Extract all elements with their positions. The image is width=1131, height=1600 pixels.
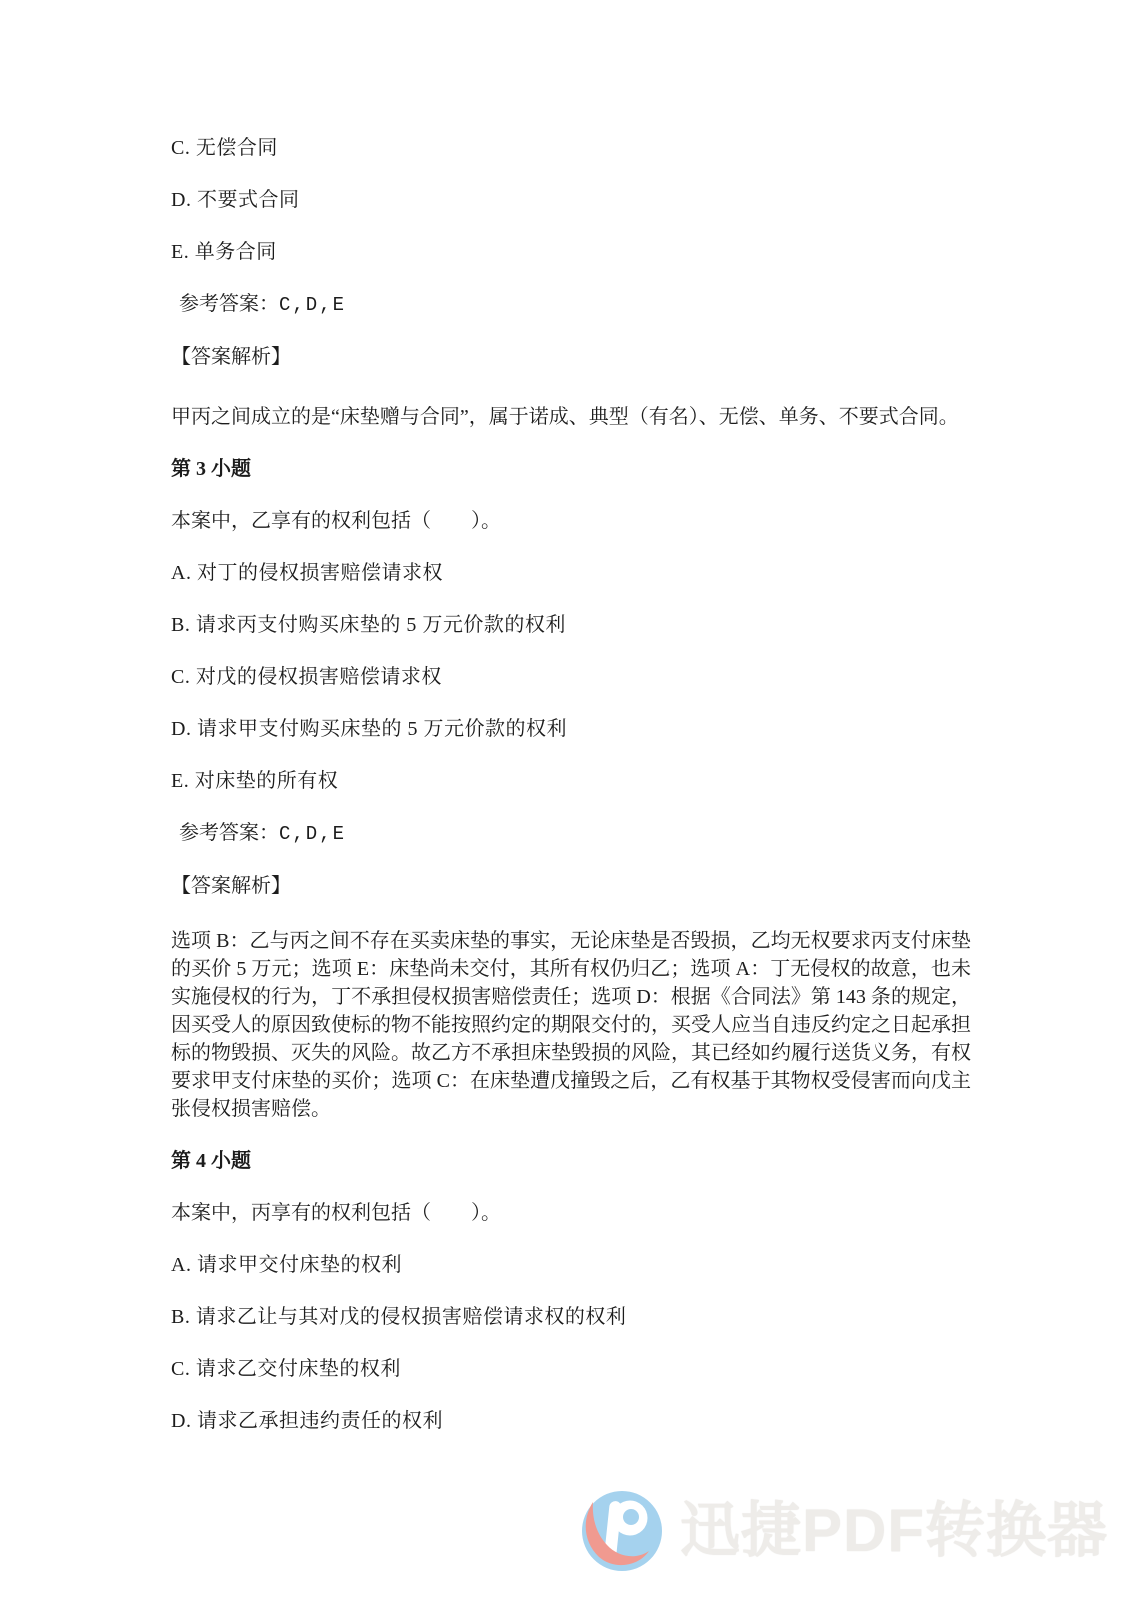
option-line: D. 请求乙承担违约责任的权利 — [171, 1407, 971, 1435]
analysis-title: 【答案解析】 — [171, 343, 971, 371]
reference-answer-label: 参考答案： — [179, 293, 279, 315]
document-page: C. 无偿合同 D. 不要式合同 E. 单务合同 参考答案：C,D,E 【答案解… — [0, 0, 1131, 1600]
reference-answer-label: 参考答案： — [179, 822, 279, 844]
question-3-title: 第 3 小题 — [171, 455, 971, 483]
option-line: D. 请求甲支付购买床垫的 5 万元价款的权利 — [171, 715, 971, 743]
watermark: 迅捷PDF转换器 — [580, 1489, 1108, 1573]
option-line: C. 请求乙交付床垫的权利 — [171, 1355, 971, 1383]
option-line: C. 无偿合同 — [171, 134, 971, 162]
question-4-title: 第 4 小题 — [171, 1147, 971, 1175]
option-line: E. 对床垫的所有权 — [171, 767, 971, 795]
document-content: C. 无偿合同 D. 不要式合同 E. 单务合同 参考答案：C,D,E 【答案解… — [171, 134, 971, 1459]
analysis-paragraph: 选项 B：乙与丙之间不存在买卖床垫的事实，无论床垫是否毁损，乙均无权要求丙支付床… — [171, 927, 971, 1123]
pdf-converter-logo-icon — [580, 1489, 664, 1573]
reference-answer-value: C,D,E — [279, 823, 346, 845]
option-line: A. 对丁的侵权损害赔偿请求权 — [171, 559, 971, 587]
reference-answer-value: C,D,E — [279, 294, 346, 316]
option-line: D. 不要式合同 — [171, 186, 971, 214]
reference-answer-line: 参考答案：C,D,E — [171, 290, 971, 319]
option-line: B. 请求乙让与其对戊的侵权损害赔偿请求权的权利 — [171, 1303, 971, 1331]
analysis-title: 【答案解析】 — [171, 872, 971, 900]
option-line: B. 请求丙支付购买床垫的 5 万元价款的权利 — [171, 611, 971, 639]
reference-answer-line: 参考答案：C,D,E — [171, 819, 971, 848]
watermark-text: 迅捷PDF转换器 — [680, 1501, 1108, 1561]
option-line: A. 请求甲交付床垫的权利 — [171, 1251, 971, 1279]
question-4-stem: 本案中，丙享有的权利包括（ ）。 — [171, 1199, 971, 1227]
option-line: E. 单务合同 — [171, 238, 971, 266]
question-3-stem: 本案中，乙享有的权利包括（ ）。 — [171, 507, 971, 535]
option-line: C. 对戊的侵权损害赔偿请求权 — [171, 663, 971, 691]
analysis-paragraph: 甲丙之间成立的是“床垫赠与合同”，属于诺成、典型（有名）、无偿、单务、不要式合同… — [171, 403, 971, 431]
